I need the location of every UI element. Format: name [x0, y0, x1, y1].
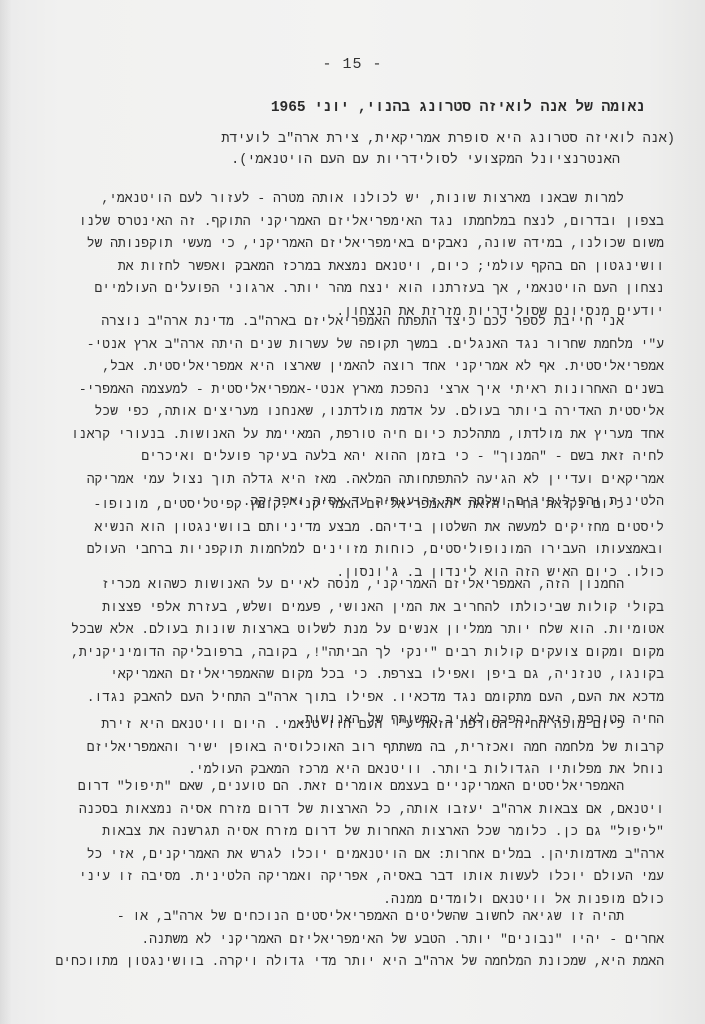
text-line: משום שכולנו, במידה שונה, נאבקים באימפריא…	[68, 233, 664, 256]
text-line: קרבות של מלחמה חמה ואכזרית, בה משתתף רוב…	[68, 737, 664, 760]
text-line: אחרים - יהיו "נבונים" יותר. הטבע של האימ…	[68, 929, 664, 952]
text-line: ובאמצעותו העבירו המונופוליסטים, כוחות מז…	[68, 539, 664, 562]
paragraph-6: האמפריאליסטים האמריקניים בעצמם אומרים זא…	[68, 776, 664, 911]
text-line: מקום ומקום צועקים קולות רבים "ינקי לך הב…	[68, 642, 664, 665]
text-line: האמת היא, שמכונת המלחמה של ארה"ב היא יות…	[68, 951, 664, 974]
text-line: בקולי קולות שביכולתו להחריב את המין האנו…	[68, 597, 664, 620]
page-number: - 15 -	[0, 56, 705, 73]
speech-subtitle: (אנה לואיזה סטרונג היא סופרת אמריקאית, צ…	[120, 129, 675, 171]
text-line: מדכא את העם, העם מתקומם נגד מדכאיו. אפיל…	[68, 687, 664, 710]
text-line: כיום מוכה החיה הטורפת הזאת ע"י העם הוויט…	[68, 714, 664, 737]
text-line: בקונגו, טנזניה, גם ביפן ואפילו בצרפת. כי…	[68, 664, 664, 687]
text-line: ליסטים מחזיקים למעשה את השלטון בידיהם. מ…	[68, 517, 664, 540]
text-line: בצפון ובדרום, לנצח במלחמתו נגד האימפריאל…	[68, 211, 664, 234]
text-line: אטומיות. הוא שלח יותר ממליון אנשים על מנ…	[68, 619, 664, 642]
text-line: אחד מעריץ את מולדתו, מתהלכת כיום חיה טור…	[68, 424, 664, 447]
subtitle-line: (אנה לואיזה סטרונג היא סופרת אמריקאית, צ…	[120, 129, 675, 150]
text-line: אליסטית האדירה ביותר בעולם. על אדמת מולד…	[68, 401, 664, 424]
text-line: "ליפול" גם כן. כלומר שכל הארצות האחרות ש…	[68, 821, 664, 844]
text-line: בשנים האחרונות ראיתי איך ארצי נהפכת מארץ…	[68, 379, 664, 402]
text-line: לחיה זאת בשם - "המנוך" - כי בזמן ההוא יה…	[68, 446, 664, 469]
text-line: האמפריאליסטים האמריקניים בעצמם אומרים זא…	[68, 776, 664, 799]
document-page: - 15 - נאומה של אנה לואיזה סטרונג בהנוי,…	[0, 0, 705, 1024]
paragraph-3: כיום נקראת החיה הזאת "האמפריאליזם האמריק…	[68, 494, 664, 584]
text-line: ע"י מלחמת שחרור נגד האנגלים. במשך תקופה …	[68, 334, 664, 357]
text-line: תהיה זו שגיאה לחשוב שהשליטים האמפריאליסט…	[68, 906, 664, 929]
paragraph-2: אני חייבת לספר לכם כיצד התפתח האמפריאליז…	[68, 311, 664, 514]
text-line: נצחון העם הויטנאמי, אך בעזרתנו הוא ינצח …	[68, 278, 664, 301]
text-line: אמריקאים ועדיין לא הגיעה להתפתחותה המלאה…	[68, 469, 664, 492]
text-line: עמי העולם יוכלו לעשות אותו דבר באסיה, אפ…	[68, 866, 664, 889]
text-line: ארה"ב מאדמותיהן. במלים אחרות: אם הויטנאמ…	[68, 844, 664, 867]
text-line: החמנון הזה, האמפריאליזם האמריקני, מנסה ל…	[68, 574, 664, 597]
text-line: כיום נקראת החיה הזאת "האמפריאליזם האמריק…	[68, 494, 664, 517]
subtitle-line: האנטרנציונל המקצועי לסולידריות עם העם הו…	[120, 150, 675, 171]
speech-title: נאומה של אנה לואיזה סטרונג בהנוי, יוני 1…	[185, 100, 645, 116]
text-line: למרות שבאנו מארצות שונות, יש לכולנו אותה…	[68, 188, 664, 211]
text-line: אני חייבת לספר לכם כיצד התפתח האמפריאליז…	[68, 311, 664, 334]
text-line: ויטנאם, אם צבאות ארה"ב יעזבו אותה, כל הא…	[68, 799, 664, 822]
text-line: וושינגטון הם בהקף עולמי; כיום, ויטנאם נמ…	[68, 256, 664, 279]
paragraph-5: כיום מוכה החיה הטורפת הזאת ע"י העם הוויט…	[68, 714, 664, 782]
text-line: אמפריאליסטית. אף לא אמריקני אחד רוצה להא…	[68, 356, 664, 379]
paragraph-7: תהיה זו שגיאה לחשוב שהשליטים האמפריאליסט…	[68, 906, 664, 974]
paragraph-4: החמנון הזה, האמפריאליזם האמריקני, מנסה ל…	[68, 574, 664, 732]
paragraph-1: למרות שבאנו מארצות שונות, יש לכולנו אותה…	[68, 188, 664, 323]
